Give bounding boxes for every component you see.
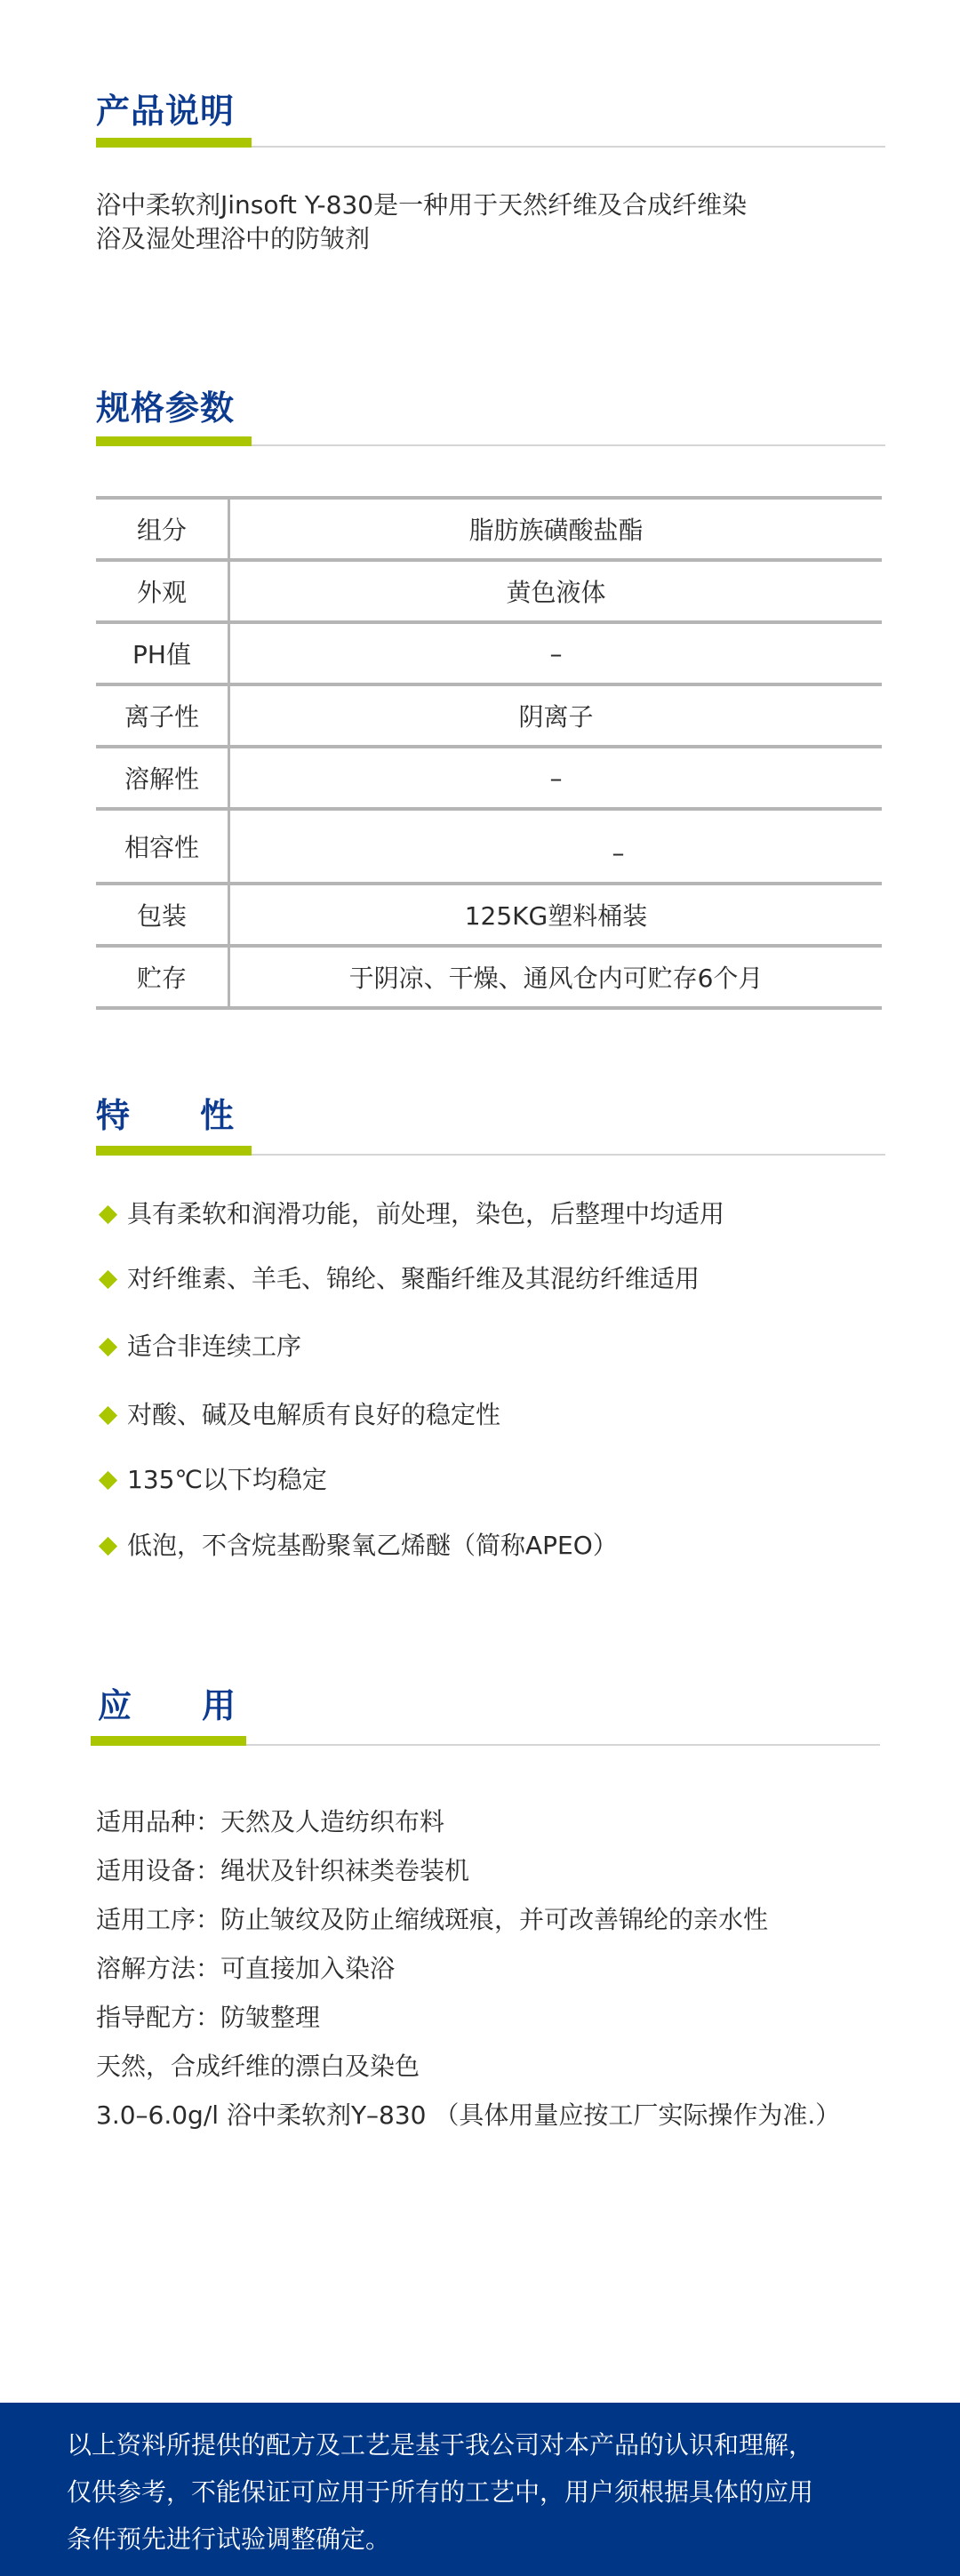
spec-key: 相容性 <box>96 809 229 884</box>
spec-value: – <box>229 809 883 884</box>
section-divider <box>96 138 885 148</box>
feature-item: 具有柔软和润滑功能，前处理，染色，后整理中均适用 <box>100 1198 724 1230</box>
spec-value: – <box>229 747 883 809</box>
spec-value: 脂肪族磺酸盐酯 <box>229 498 883 560</box>
description-line: 浴及湿处理浴中的防皱剂 <box>96 222 896 256</box>
application-line: 指导配方：防皱整理 <box>96 2002 320 2034</box>
section-title-specs: 规格参数 <box>96 391 235 425</box>
table-row: 溶解性– <box>96 747 882 809</box>
disclaimer-line: 仅供参考，不能保证可应用于所有的工艺中，用户须根据具体的应用 <box>67 2476 813 2508</box>
disclaimer-line: 以上资料所提供的配方及工艺是基于我公司对本产品的认识和理解， <box>67 2429 813 2461</box>
diamond-icon <box>99 1536 117 1555</box>
application-line: 天然，合成纤维的漂白及染色 <box>96 2051 420 2083</box>
spec-value: – <box>229 622 883 684</box>
table-row: 离子性阴离子 <box>96 684 882 747</box>
spec-key: PH值 <box>96 622 229 684</box>
application-line: 适用品种：天然及人造纺织布料 <box>96 1806 444 1838</box>
feature-item: 135℃以下均稳定 <box>100 1464 327 1496</box>
spec-key: 包装 <box>96 884 229 946</box>
section-divider <box>96 436 885 447</box>
diamond-icon <box>99 1269 117 1288</box>
section-title-description: 产品说明 <box>96 94 235 128</box>
table-row: 包装125KG塑料桶装 <box>96 884 882 946</box>
feature-item: 低泡，不含烷基酚聚氧乙烯醚（简称APEO） <box>100 1530 618 1562</box>
table-row: 组分脂肪族磺酸盐酯 <box>96 498 882 560</box>
spec-key: 组分 <box>96 498 229 560</box>
spec-key: 外观 <box>96 560 229 622</box>
description-line: 浴中柔软剂Jinsoft Y-830是一种用于天然纤维及合成纤维染 <box>96 188 896 222</box>
section-title-application: 应 用 <box>98 1689 236 1723</box>
table-row: 贮存于阴凉、干燥、通风仓内可贮存6个月 <box>96 946 882 1008</box>
diamond-icon <box>99 1337 117 1356</box>
section-divider <box>91 1736 880 1747</box>
diamond-icon <box>99 1405 117 1424</box>
application-line: 适用工序：防止皱纹及防止缩绒斑痕，并可改善锦纶的亲水性 <box>96 1904 768 1936</box>
application-line: 溶解方法：可直接加入染浴 <box>96 1953 395 1985</box>
section-title-features: 特 性 <box>96 1099 235 1132</box>
table-row: 外观黄色液体 <box>96 560 882 622</box>
spec-value: 125KG塑料桶装 <box>229 884 883 946</box>
application-line: 3.0–6.0g/l 浴中柔软剂Y–830 （具体用量应按工厂实际操作为准.） <box>96 2100 840 2132</box>
feature-item: 对纤维素、羊毛、锦纶、聚酯纤维及其混纺纤维适用 <box>100 1263 700 1295</box>
section-divider <box>96 1146 885 1156</box>
diamond-icon <box>99 1204 117 1223</box>
feature-item: 适合非连续工序 <box>100 1331 301 1363</box>
spec-value: 黄色液体 <box>229 560 883 622</box>
spec-key: 溶解性 <box>96 747 229 809</box>
spec-key: 离子性 <box>96 684 229 747</box>
table-row: PH值– <box>96 622 882 684</box>
disclaimer-line: 条件预先进行试验调整确定。 <box>67 2524 390 2556</box>
spec-key: 贮存 <box>96 946 229 1008</box>
diamond-icon <box>99 1470 117 1489</box>
spec-table: 组分脂肪族磺酸盐酯 外观黄色液体 PH值– 离子性阴离子 溶解性– 相容性– 包… <box>96 496 882 1010</box>
table-row: 相容性– <box>96 809 882 884</box>
application-line: 适用设备：绳状及针织袜类卷装机 <box>96 1855 469 1887</box>
description-text: 浴中柔软剂Jinsoft Y-830是一种用于天然纤维及合成纤维染 浴及湿处理浴… <box>96 188 896 256</box>
spec-value: 阴离子 <box>229 684 883 747</box>
disclaimer-footer: 以上资料所提供的配方及工艺是基于我公司对本产品的认识和理解， 仅供参考，不能保证… <box>0 2403 960 2576</box>
feature-item: 对酸、碱及电解质有良好的稳定性 <box>100 1399 500 1431</box>
spec-value: 于阴凉、干燥、通风仓内可贮存6个月 <box>229 946 883 1008</box>
